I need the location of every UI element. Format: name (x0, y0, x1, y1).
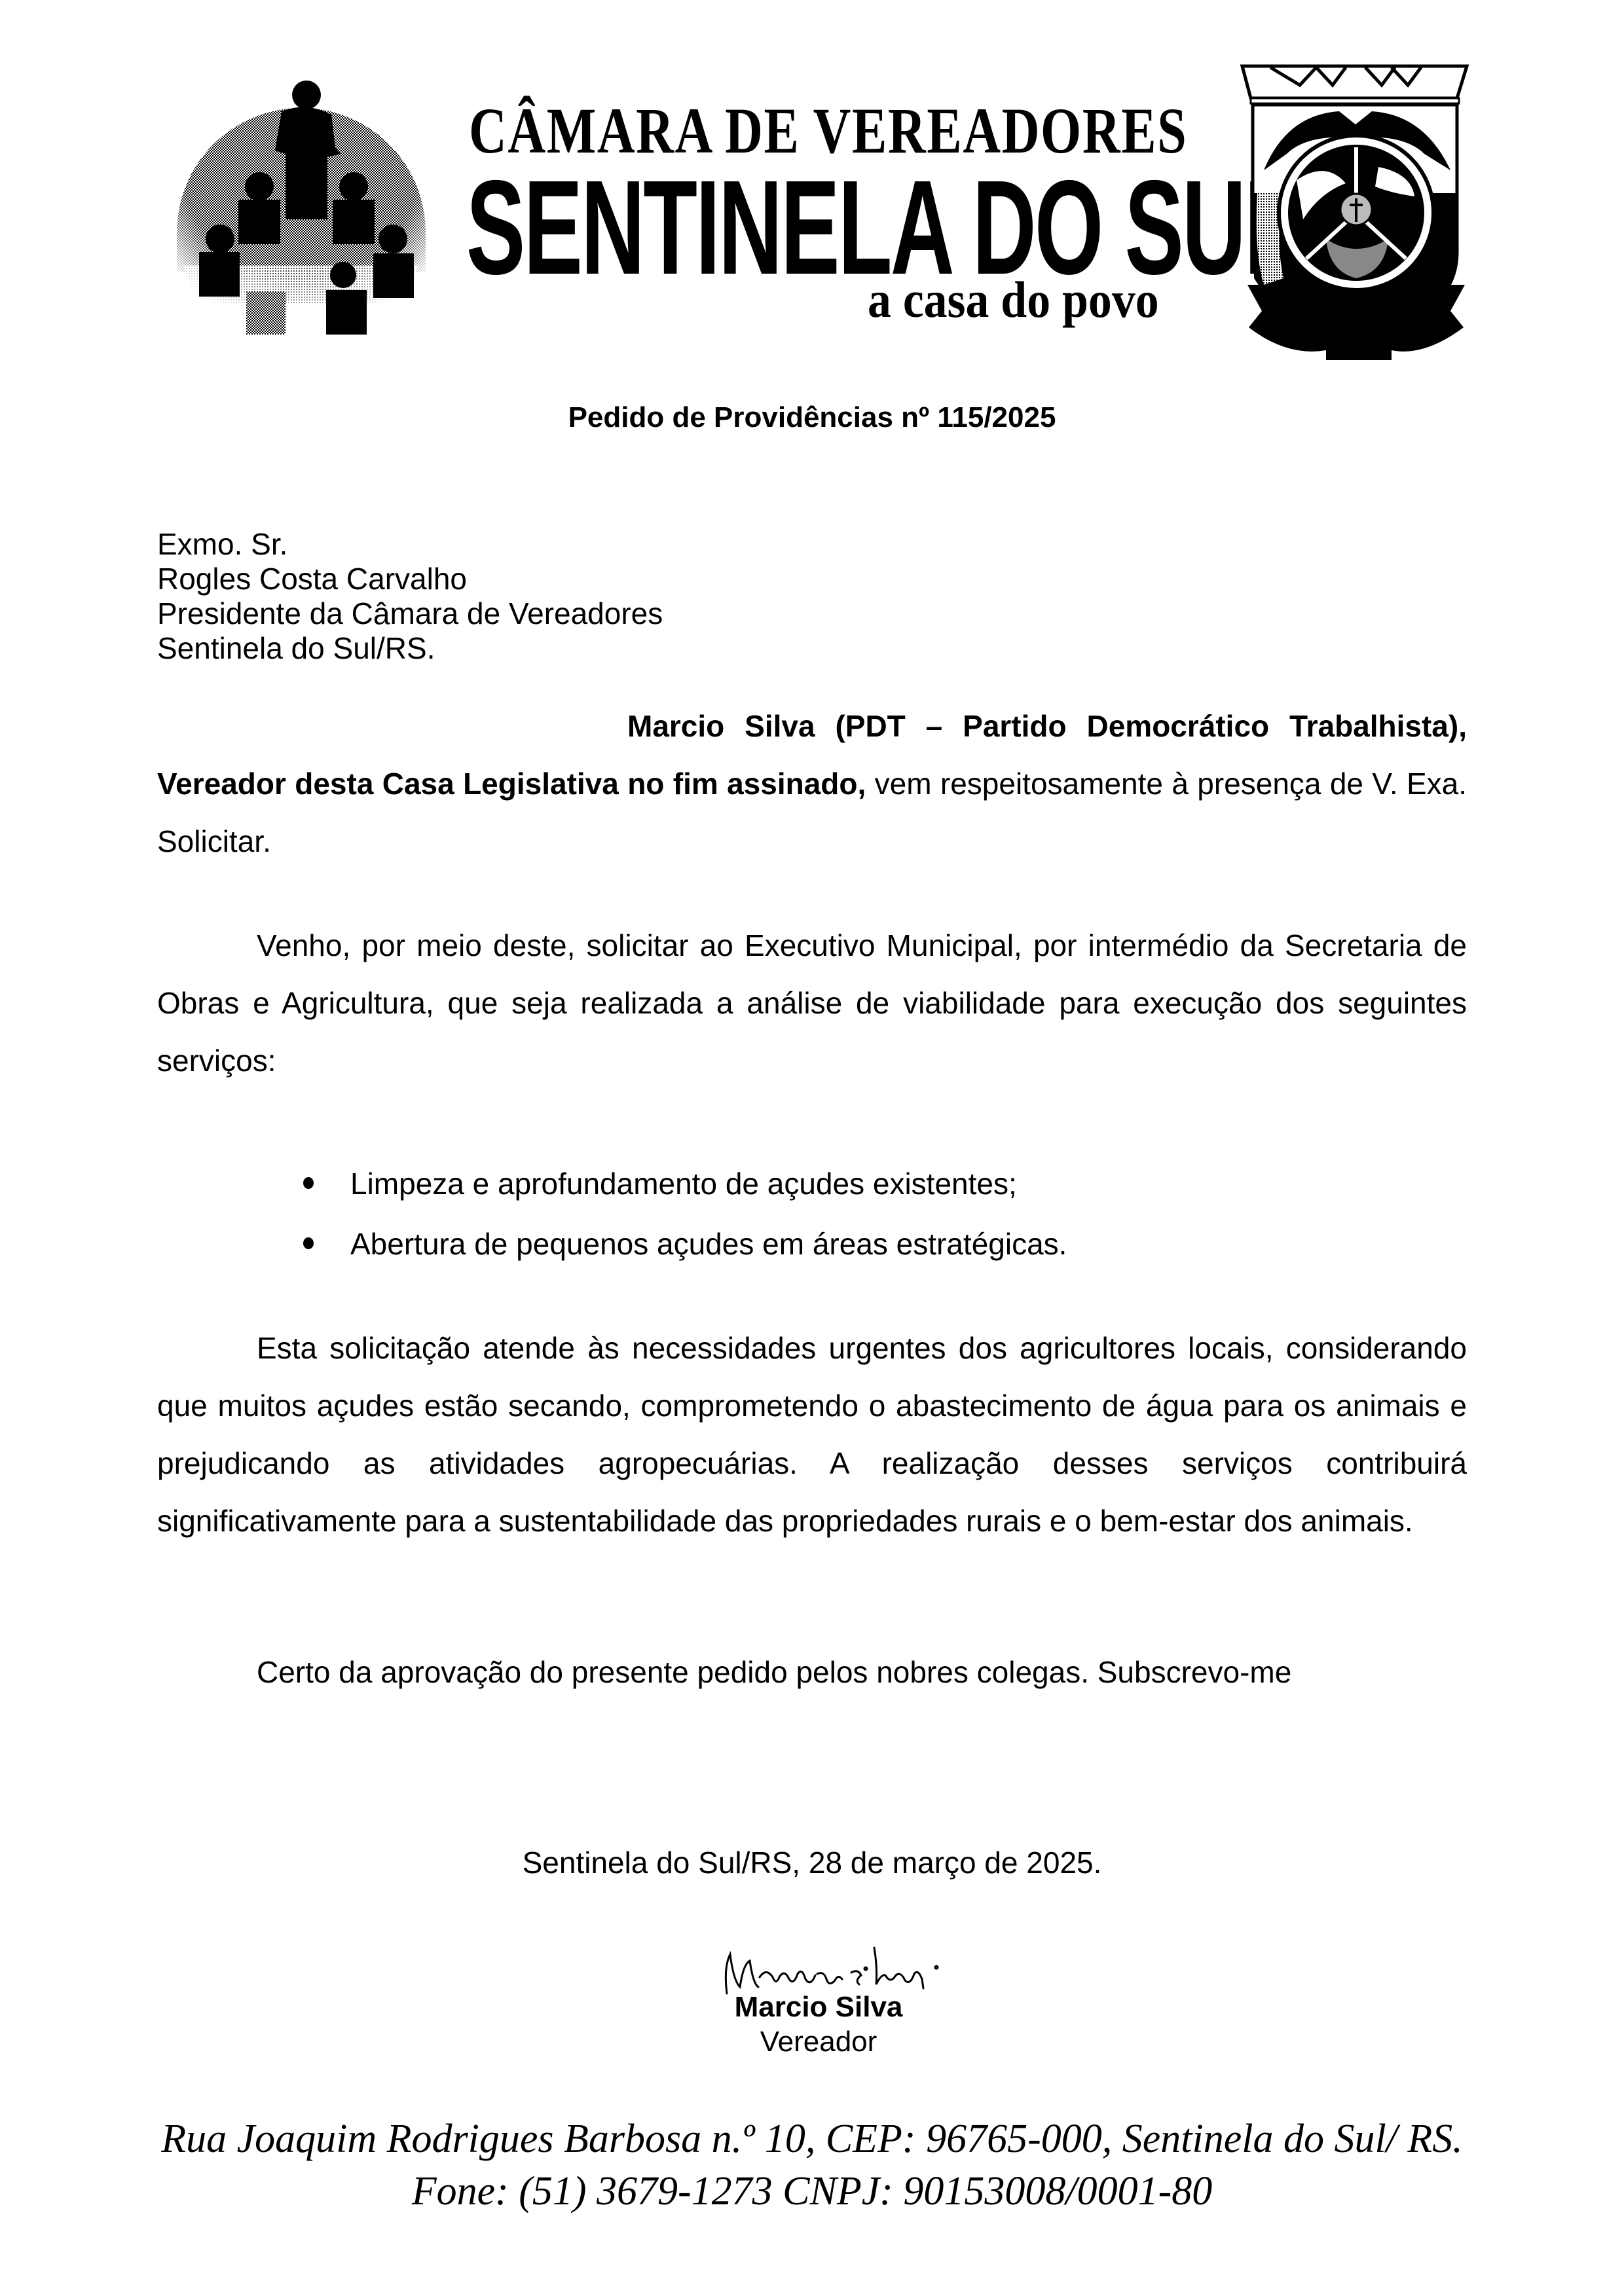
addressee-title: Presidente da Câmara de Vereadores (157, 596, 663, 631)
signer-name: Marcio Silva (0, 1990, 1624, 2024)
intro-paragraph: Marcio Silva (PDT – Partido Democrático … (157, 697, 1467, 870)
list-item: Limpeza e aprofundamento de açudes exist… (298, 1154, 1067, 1214)
addressee-location: Sentinela do Sul/RS. (157, 631, 663, 666)
addressee-name: Rogles Costa Carvalho (157, 562, 663, 596)
coat-of-arms-icon (1234, 62, 1477, 360)
institution-tagline: a casa do povo (868, 274, 1159, 326)
service-text: Limpeza e aprofundamento de açudes exist… (350, 1167, 1017, 1201)
justification-paragraph: Esta solicitação atende às necessidades … (157, 1319, 1467, 1550)
addressee-block: Exmo. Sr. Rogles Costa Carvalho Presiden… (157, 527, 663, 666)
bullet-icon (303, 1237, 314, 1249)
bullet-icon (303, 1177, 314, 1189)
services-list: Limpeza e aprofundamento de açudes exist… (298, 1154, 1067, 1274)
dateline: Sentinela do Sul/RS, 28 de março de 2025… (0, 1845, 1624, 1880)
signer-role: Vereador (0, 2025, 1624, 2059)
service-text: Abertura de pequenos açudes em áreas est… (350, 1227, 1067, 1261)
assembly-people-logo-icon (157, 56, 445, 344)
document-title: Pedido de Providências nº 115/2025 (0, 401, 1624, 435)
request-paragraph: Venho, por meio deste, solicitar ao Exec… (157, 917, 1467, 1089)
addressee-salutation: Exmo. Sr. (157, 527, 663, 562)
list-item: Abertura de pequenos açudes em áreas est… (298, 1214, 1067, 1274)
footer-contact: Fone: (51) 3679-1273 CNPJ: 90153008/0001… (0, 2168, 1624, 2214)
footer-address: Rua Joaquim Rodrigues Barbosa n.º 10, CE… (0, 2116, 1624, 2162)
closing-paragraph: Certo da aprovação do presente pedido pe… (157, 1643, 1467, 1701)
